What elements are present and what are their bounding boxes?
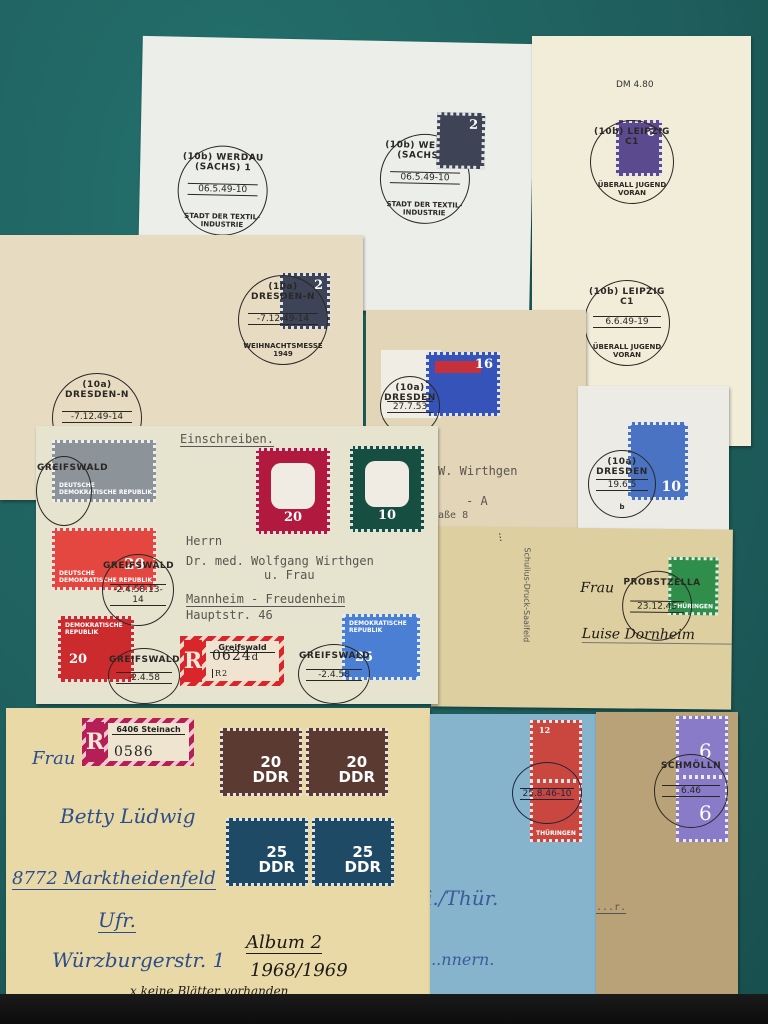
cover-blue: 12 THÜRINGEN 25.8.46-10 i./Thür. ...nner… [430,714,596,1006]
table-edge [0,994,768,1024]
postmark: 25.8.46-10 [512,762,582,824]
postmark: (10b) WERDAU (SACHS) 1 06.5.49-10 STADT … [177,145,269,237]
registered-header: Einschreiben. [180,432,274,447]
postmark: GREIFSWALD [36,456,92,526]
cover-dresden-piece: 10 (10a) DRESDEN 19.6.5 b [578,386,729,544]
cover-greifswald-registered: Einschreiben. DEUTSCHE DEMOKRATISCHE REP… [36,426,438,704]
stamp: 10 [350,446,424,532]
registration-label: R Greifswald 0624d R2 [180,636,284,686]
printer-imprint: Schulius-Druck-Saalfeld [522,547,532,642]
stamp: 2 [436,112,485,169]
postmark: GREIFSWALD -2.4.58 [298,644,370,704]
stamp: 25DDR [226,818,308,886]
stamp: 20DDR [220,728,302,796]
cover-probstzella-card: ... Schulius-Druck-Saalfeld Frau Luise D… [431,526,733,709]
stamp: 20DDR [306,728,388,796]
sheet-price: DM 4.80 [616,80,654,90]
postmark: GREIFSWALD -2.4.58.13-14 [102,554,174,626]
postmark: (10a) DRESDEN-N -7.12.49-14 WEIHNACHTSME… [238,275,328,365]
stamp: 25DDR [312,818,394,886]
postmark: PROBSTZELLA 23.12.45 [622,570,693,641]
registration-label: R 6406 Steinach 0586 [82,718,194,766]
postmark: (10a) DRESDEN 19.6.5 b [588,450,656,518]
postmark: GREIFSWALD -2.4.58 [108,648,180,704]
postmark: (10b) LEIPZIG C1 ÜBERALL JUGEND VORAN [590,120,674,204]
cover-steinach-registered: R 6406 Steinach 0586 20DDR 20DDR 25DDR 2… [6,708,430,1008]
postmark: (10b) LEIPZIG C1 6.6.49-19 ÜBERALL JUGEN… [584,280,670,366]
cover-brown: 6 6 SCHMÖLLN 6.46 ...r. [596,712,738,1006]
stamp: 20 [256,448,330,534]
postmark: SCHMÖLLN 6.46 [654,754,728,828]
